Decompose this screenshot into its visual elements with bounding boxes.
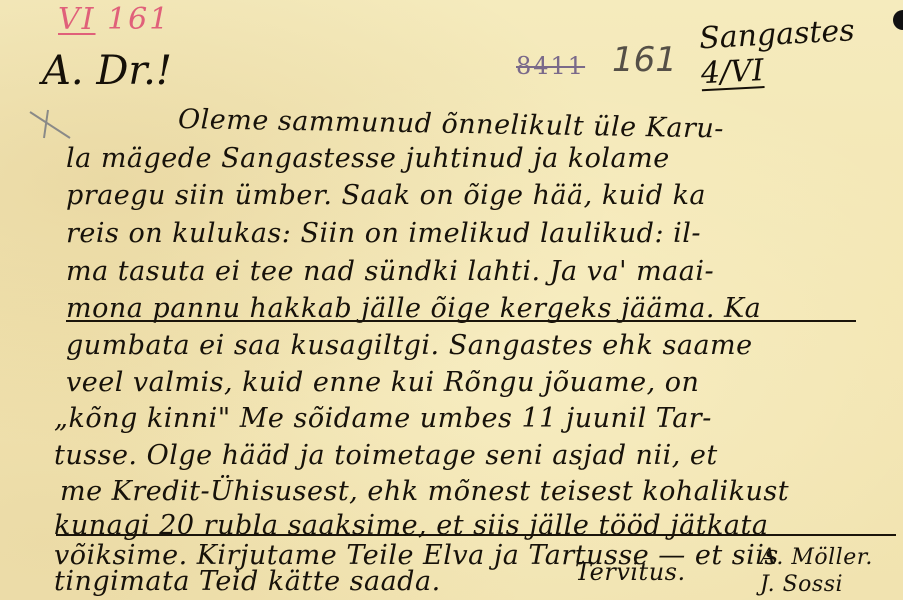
pencil-number: 161 bbox=[612, 40, 677, 80]
closing: Tervitus. bbox=[575, 558, 686, 586]
body-line-3: praegu siin ümber. Saak on õige hää, kui… bbox=[66, 180, 706, 211]
body-line-11: me Kredit-Ühisusest, ehk mõnest teisest … bbox=[60, 476, 789, 507]
body-line-8: veel valmis, kuid enne kui Rõngu jõuame,… bbox=[66, 367, 699, 398]
body-line-14: tingimata Teid kätte saada. bbox=[54, 566, 441, 597]
body-line-1: Oleme sammunud õnnelikult üle Karu- bbox=[178, 104, 724, 145]
place-date: Sangastes 4/VI bbox=[698, 11, 903, 92]
stamped-number-struck: 8411 bbox=[516, 52, 585, 80]
archive-mark-roman: VI bbox=[58, 2, 96, 37]
body-line-12: kunagi 20 rubla saaksime, et siis jälle … bbox=[54, 510, 768, 541]
signature-1: A. Möller. bbox=[760, 545, 873, 570]
pencil-cross-icon bbox=[26, 108, 74, 140]
place: Sangastes bbox=[698, 13, 855, 56]
body-line-4: reis on kulukas: Siin on imelikud laulik… bbox=[66, 218, 701, 249]
salutation: A. Dr.! bbox=[42, 48, 172, 94]
underline-rule-1 bbox=[66, 320, 856, 322]
body-line-2: la mägede Sangastesse juhtinud ja kolame bbox=[66, 143, 670, 174]
body-line-10: tusse. Olge hääd ja toimetage seni asjad… bbox=[54, 440, 718, 471]
body-line-7: gumbata ei saa kusagiltgi. Sangastes ehk… bbox=[66, 330, 753, 361]
body-line-5: ma tasuta ei tee nad sündki lahti. Ja va… bbox=[66, 256, 714, 287]
archive-mark-number: 161 bbox=[107, 2, 170, 37]
body-line-9: „kõng kinni" Me sõidame umbes 11 juunil … bbox=[54, 403, 712, 434]
postcard: VI 161 8411 161 Sangastes 4/VI A. Dr.! O… bbox=[0, 0, 903, 600]
underline-rule-2 bbox=[56, 534, 896, 536]
signature-2: J. Sossi bbox=[760, 572, 843, 597]
archive-mark-red: VI 161 bbox=[58, 2, 170, 37]
date: 4/VI bbox=[700, 53, 764, 91]
